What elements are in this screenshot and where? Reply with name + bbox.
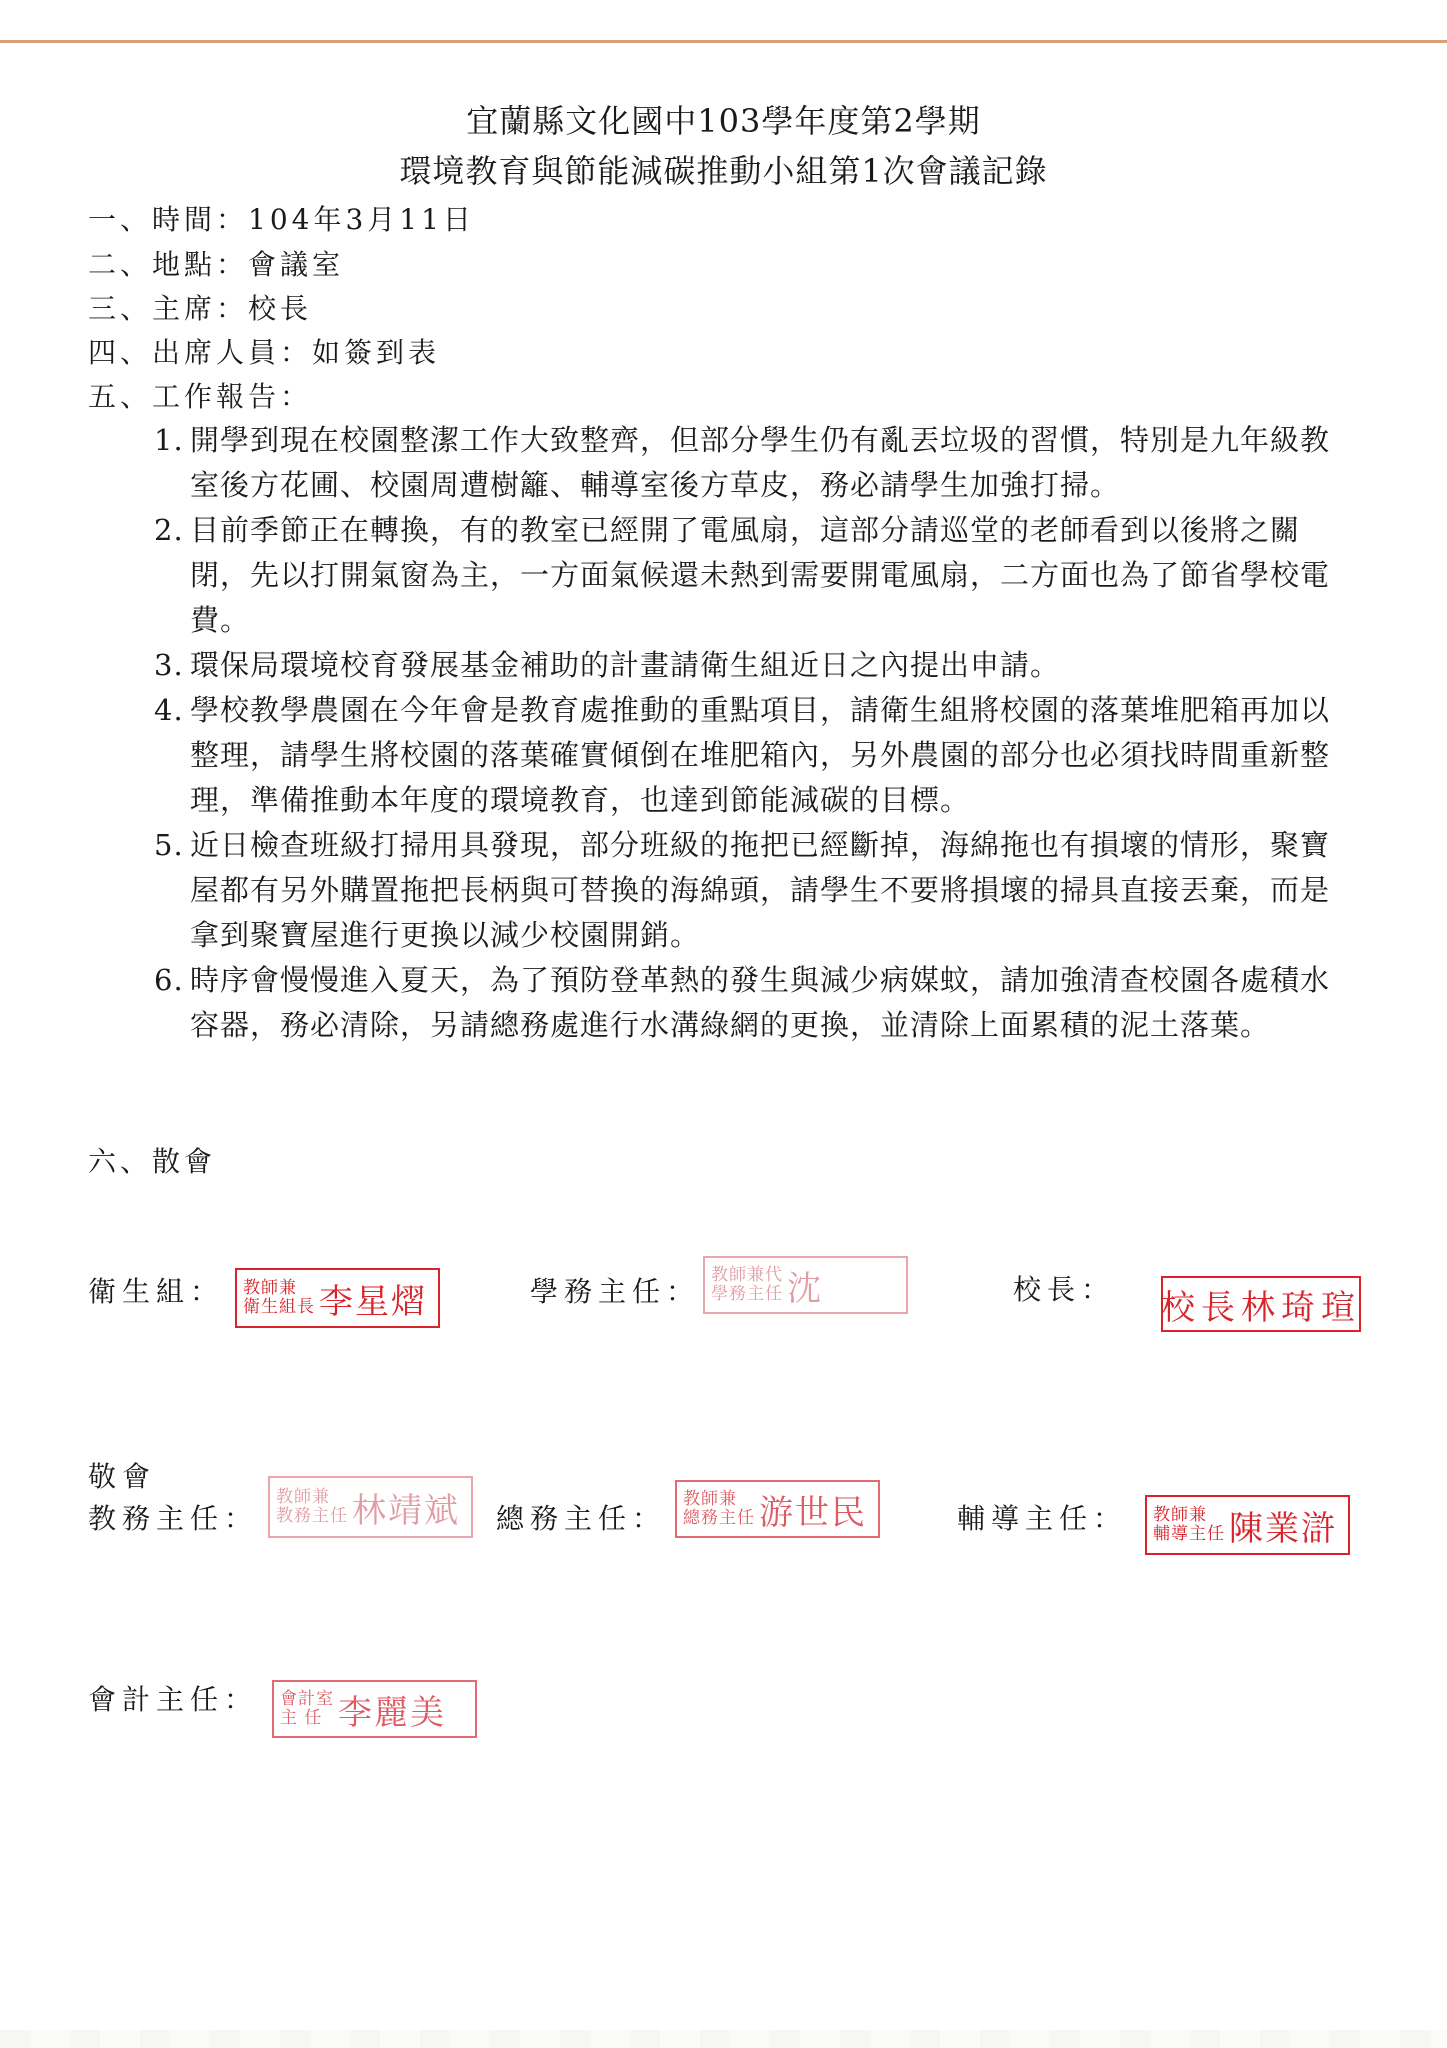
- stamp-title: 會計室 主 任: [280, 1690, 334, 1728]
- report-item-4: 4. 學校教學農園在今年會是教育處推動的重點項目，請衛生組將校園的落葉堆肥箱再加…: [154, 688, 1344, 823]
- signature-label-accounting: 會計主任：: [88, 1678, 258, 1718]
- report-number: 2.: [154, 508, 184, 553]
- stamp-name: 林靖斌: [352, 1483, 460, 1532]
- report-text: 近日檢查班級打掃用具發現，部分班級的拖把已經斷掉，海綿拖也有損壞的情形，聚寶屋都…: [190, 828, 1330, 952]
- stamp-name: 李星熠: [319, 1274, 427, 1323]
- report-number: 3.: [154, 643, 184, 688]
- item-label: 二、地點：: [88, 248, 248, 281]
- stamp-general-affairs: 教師兼 總務主任 游世民: [675, 1480, 880, 1538]
- item-attendees: 四、出席人員：如簽到表: [88, 331, 440, 371]
- stamp-title-line: 學務主任: [711, 1285, 783, 1304]
- stamp-accounting: 會計室 主 任 李麗美: [272, 1680, 477, 1738]
- stamp-title-line: 教師兼: [276, 1488, 348, 1507]
- top-rule: [0, 40, 1447, 43]
- stamp-title-line: 會計室: [280, 1690, 334, 1709]
- item-value: 校長: [248, 292, 312, 325]
- report-text: 時序會慢慢進入夏天，為了預防登革熱的發生與減少病媒蚊，請加強清查校園各處積水容器…: [190, 963, 1330, 1042]
- report-number: 5.: [154, 823, 184, 868]
- stamp-principal: 校長林琦瑄: [1161, 1276, 1361, 1332]
- item-time: 一、時間：104年3月11日: [88, 198, 475, 238]
- item-value: 如簽到表: [312, 336, 440, 369]
- stamp-counseling: 教師兼 輔導主任 陳業滸: [1145, 1495, 1350, 1555]
- item-label: 五、工作報告：: [88, 380, 312, 413]
- signature-label-academic-affairs: 教務主任：: [88, 1497, 258, 1537]
- document-title-line1: 宜蘭縣文化國中103學年度第2學期: [0, 96, 1447, 142]
- item-location: 二、地點：會議室: [88, 243, 344, 283]
- report-number: 6.: [154, 958, 184, 1003]
- report-text: 開學到現在校園整潔工作大致整齊，但部分學生仍有亂丟垃圾的習慣，特別是九年級教室後…: [190, 423, 1330, 502]
- stamp-title: 教師兼 輔導主任: [1153, 1506, 1225, 1544]
- stamp-name: 李麗美: [338, 1685, 446, 1734]
- stamp-title-line: 輔導主任: [1153, 1525, 1225, 1544]
- signature-label-principal: 校長：: [1013, 1268, 1115, 1308]
- stamp-name: 校長林琦瑄: [1161, 1280, 1361, 1329]
- stamp-title: 教師兼 衛生組長: [243, 1279, 315, 1317]
- item-value: 104年3月11日: [248, 203, 475, 236]
- scan-edge: [0, 2030, 1447, 2048]
- report-number: 4.: [154, 688, 184, 733]
- stamp-title-line: 總務主任: [683, 1509, 755, 1528]
- report-item-3: 3. 環保局環境校育發展基金補助的計畫請衛生組近日之內提出申請。: [154, 643, 1344, 688]
- report-text: 目前季節正在轉換，有的教室已經開了電風扇，這部分請巡堂的老師看到以後將之關閉，先…: [190, 513, 1330, 637]
- item-value: 會議室: [248, 248, 344, 281]
- stamp-title: 教師兼 教務主任: [276, 1488, 348, 1526]
- stamp-title-line: 教務主任: [276, 1507, 348, 1526]
- stamp-title-line: 教師兼代: [711, 1266, 783, 1285]
- stamp-student-affairs: 教師兼代 學務主任 沈: [703, 1256, 908, 1314]
- respectfully-label: 敬會: [88, 1455, 156, 1495]
- stamp-title: 教師兼代 學務主任: [711, 1266, 783, 1304]
- stamp-title-line: 主 任: [280, 1709, 334, 1728]
- stamp-name: 游世民: [759, 1485, 867, 1534]
- stamp-title-line: 教師兼: [243, 1279, 315, 1298]
- item-work-report: 五、工作報告：: [88, 375, 312, 415]
- document-title-line2: 環境教育與節能減碳推動小組第1次會議記錄: [0, 146, 1447, 192]
- item-chair: 三、主席：校長: [88, 287, 312, 327]
- report-item-2: 2. 目前季節正在轉換，有的教室已經開了電風扇，這部分請巡堂的老師看到以後將之關…: [154, 508, 1344, 643]
- item-label: 一、時間：: [88, 203, 248, 236]
- stamp-academic-affairs: 教師兼 教務主任 林靖斌: [268, 1476, 473, 1538]
- stamp-title-line: 教師兼: [683, 1490, 755, 1509]
- adjourn: 六、散會: [88, 1140, 216, 1180]
- item-label: 四、出席人員：: [88, 336, 312, 369]
- work-report-list: 1. 開學到現在校園整潔工作大致整齊，但部分學生仍有亂丟垃圾的習慣，特別是九年級…: [154, 418, 1344, 1048]
- item-label: 三、主席：: [88, 292, 248, 325]
- stamp-health-section: 教師兼 衛生組長 李星熠: [235, 1268, 440, 1328]
- report-number: 1.: [154, 418, 184, 463]
- report-item-6: 6. 時序會慢慢進入夏天，為了預防登革熱的發生與減少病媒蚊，請加強清查校園各處積…: [154, 958, 1344, 1048]
- stamp-title-line: 教師兼: [1153, 1506, 1225, 1525]
- signature-label-general-affairs: 總務主任：: [496, 1497, 666, 1537]
- signature-label-health-section: 衛生組：: [88, 1270, 224, 1310]
- stamp-name: 沈: [787, 1261, 823, 1310]
- report-text: 學校教學農園在今年會是教育處推動的重點項目，請衛生組將校園的落葉堆肥箱再加以整理…: [190, 693, 1330, 817]
- stamp-title: 教師兼 總務主任: [683, 1490, 755, 1528]
- stamp-name: 陳業滸: [1229, 1501, 1337, 1550]
- report-item-5: 5. 近日檢查班級打掃用具發現，部分班級的拖把已經斷掉，海綿拖也有損壞的情形，聚…: [154, 823, 1344, 958]
- stamp-title-line: 衛生組長: [243, 1298, 315, 1317]
- report-item-1: 1. 開學到現在校園整潔工作大致整齊，但部分學生仍有亂丟垃圾的習慣，特別是九年級…: [154, 418, 1344, 508]
- report-text: 環保局環境校育發展基金補助的計畫請衛生組近日之內提出申請。: [190, 648, 1060, 682]
- signature-label-counseling: 輔導主任：: [957, 1497, 1127, 1537]
- signature-label-student-affairs: 學務主任：: [530, 1270, 700, 1310]
